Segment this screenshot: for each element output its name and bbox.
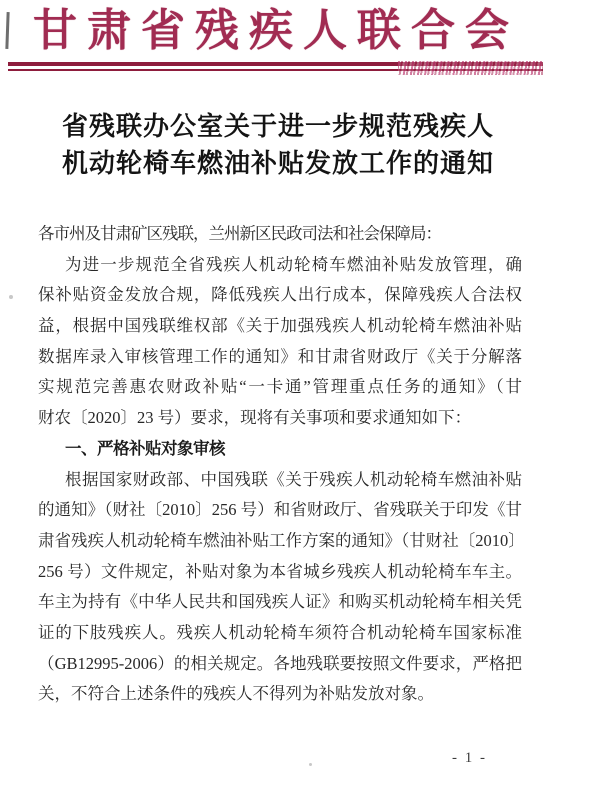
para2-line-1: 根据国家财政部、中国残联《关于残疾人机动轮椅车燃油补贴	[38, 465, 522, 496]
scanned-document-page: 甘肃省残疾人联合会 省残联办公室关于进一步规范残疾人 机动轮椅车燃油补贴发放工作…	[0, 0, 594, 800]
para2-line-4: 256 号）文件规定，补贴对象为本省城乡残疾人机动轮椅车车主。	[38, 557, 522, 588]
scan-speck	[309, 763, 312, 766]
scan-edge-artifact	[5, 12, 9, 49]
para1-line-6: 财农〔2020〕23 号）要求，现将有关事项和要求通知如下：	[38, 403, 522, 434]
para2-line-2: 的通知》（财社〔2010〕256 号）和省财政厅、省残联关于印发《甘	[38, 495, 522, 526]
section-1-heading: 一、严格补贴对象审核	[38, 434, 522, 465]
para2-line-5: 车主为持有《中华人民共和国残疾人证》和购买机动轮椅车相关凭	[38, 587, 522, 618]
para1-line-1: 为进一步规范全省残疾人机动轮椅车燃油补贴发放管理，确	[38, 250, 522, 281]
scan-speck	[9, 295, 13, 299]
para2-line-3: 肃省残疾人机动轮椅车燃油补贴工作方案的通知》（甘财社〔2010〕	[38, 526, 522, 557]
para2-line-8: 关，不符合上述条件的残疾人不得列为补贴发放对象。	[38, 679, 522, 710]
para2-line-6: 证的下肢残疾人。残疾人机动轮椅车须符合机动轮椅车国家标准	[38, 618, 522, 649]
para1-line-3: 益，根据中国残联维权部《关于加强残疾人机动轮椅车燃油补贴	[38, 311, 522, 342]
para1-line-5: 实规范完善惠农财政补贴“一卡通”管理重点任务的通知》（甘	[38, 372, 522, 403]
red-divider-line	[8, 62, 543, 71]
para2-line-7: （GB12995-2006）的相关规定。各地残联要按照文件要求，严格把	[38, 649, 522, 680]
para1-line-2: 保补贴资金发放合规，降低残疾人出行成本，保障残疾人合法权	[38, 280, 522, 311]
para1-line-4: 数据库录入审核管理工作的通知》和甘肃省财政厅《关于分解落	[38, 342, 522, 373]
salutation-line: 各市州及甘肃矿区残联，兰州新区民政司法和社会保障局：	[38, 219, 522, 250]
title-line-1: 省残联办公室关于进一步规范残疾人	[0, 108, 556, 145]
document-title: 省残联办公室关于进一步规范残疾人 机动轮椅车燃油补贴发放工作的通知	[0, 108, 556, 182]
divider-scan-speckle	[398, 61, 543, 75]
title-line-2: 机动轮椅车燃油补贴发放工作的通知	[0, 145, 556, 182]
page-number: - 1 -	[452, 750, 487, 767]
document-body: 各市州及甘肃矿区残联，兰州新区民政司法和社会保障局： 为进一步规范全省残疾人机动…	[38, 219, 522, 710]
organization-name: 甘肃省残疾人联合会	[33, 6, 519, 56]
